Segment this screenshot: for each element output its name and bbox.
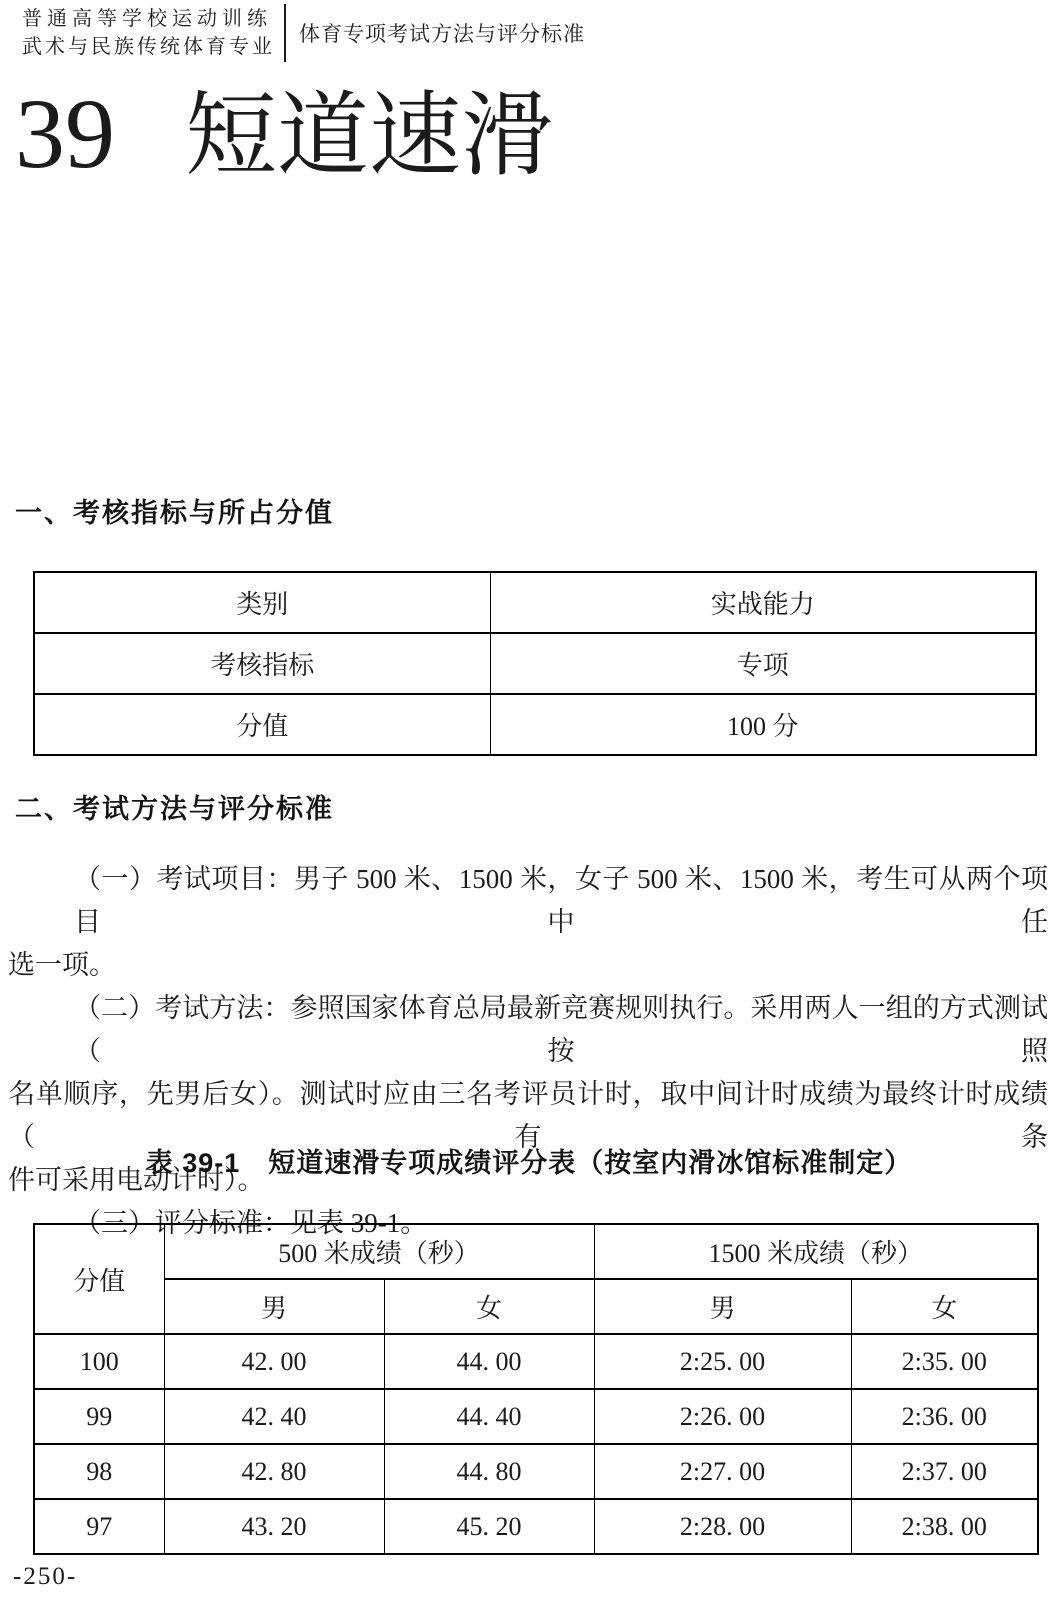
- method-paragraphs: （一）考试项目：男子 500 米、1500 米，女子 500 米、1500 米，…: [8, 858, 1048, 1245]
- scoring-table-row: 9942. 4044. 402:26. 002:36. 00: [34, 1389, 1038, 1444]
- indicator-table: 类别实战能力考核指标专项分值100 分: [33, 571, 1037, 756]
- table-caption: 表 39-1 短道速滑专项成绩评分表（按室内滑冰馆标准制定）: [0, 1141, 1058, 1180]
- time-value-cell: 2:36. 00: [851, 1389, 1038, 1444]
- scoring-table-row: 9842. 8044. 802:27. 002:37. 00: [34, 1444, 1038, 1499]
- chapter-name: 短道速滑: [185, 85, 553, 187]
- time-value-cell: 44. 00: [384, 1334, 594, 1389]
- indicator-label-cell: 类别: [34, 572, 490, 633]
- chapter-number: 39: [15, 78, 115, 189]
- score-value-cell: 98: [34, 1444, 164, 1499]
- time-value-cell: 42. 00: [164, 1334, 384, 1389]
- time-value-cell: 45. 20: [384, 1499, 594, 1554]
- scoring-gender-row: 男 女 男 女: [34, 1279, 1038, 1334]
- header-program-line2: 武术与民族传统体育专业: [22, 33, 275, 61]
- time-value-cell: 2:35. 00: [851, 1334, 1038, 1389]
- section2-heading: 二、考试方法与评分标准: [15, 787, 334, 826]
- paragraph-line: 选一项。: [8, 944, 1048, 987]
- indicator-table-row: 分值100 分: [34, 694, 1036, 755]
- time-value-cell: 2:38. 00: [851, 1499, 1038, 1554]
- scoring-table: 分值 500 米成绩（秒） 1500 米成绩（秒） 男 女 男 女 10042.…: [33, 1223, 1039, 1555]
- indicator-table-row: 类别实战能力: [34, 572, 1036, 633]
- scoring-table-head: 分值 500 米成绩（秒） 1500 米成绩（秒） 男 女 男 女: [34, 1224, 1038, 1334]
- indicator-label-cell: 分值: [34, 694, 490, 755]
- group-header-1500m: 1500 米成绩（秒）: [594, 1224, 1038, 1279]
- header-program-names: 普通高等学校运动训练 武术与民族传统体育专业: [22, 5, 275, 61]
- time-value-cell: 2:27. 00: [594, 1444, 851, 1499]
- score-column-header: 分值: [34, 1224, 164, 1334]
- score-value-cell: 97: [34, 1499, 164, 1554]
- indicator-table-row: 考核指标专项: [34, 633, 1036, 694]
- chapter-title: 39短道速滑: [15, 82, 553, 188]
- header-book-title: 体育专项考试方法与评分标准: [299, 18, 585, 48]
- page-header: 普通高等学校运动训练 武术与民族传统体育专业 体育专项考试方法与评分标准: [22, 4, 585, 62]
- score-value-cell: 100: [34, 1334, 164, 1389]
- time-value-cell: 42. 80: [164, 1444, 384, 1499]
- scoring-table-row: 9743. 2045. 202:28. 002:38. 00: [34, 1499, 1038, 1554]
- document-page: 普通高等学校运动训练 武术与民族传统体育专业 体育专项考试方法与评分标准 39短…: [0, 0, 1058, 1600]
- scoring-group-row: 分值 500 米成绩（秒） 1500 米成绩（秒）: [34, 1224, 1038, 1279]
- time-value-cell: 2:26. 00: [594, 1389, 851, 1444]
- paragraph-line: （一）考试项目：男子 500 米、1500 米，女子 500 米、1500 米，…: [8, 858, 1048, 944]
- time-value-cell: 2:25. 00: [594, 1334, 851, 1389]
- indicator-table-body: 类别实战能力考核指标专项分值100 分: [34, 572, 1036, 755]
- page-number: -250-: [13, 1563, 77, 1591]
- scoring-table-row: 10042. 0044. 002:25. 002:35. 00: [34, 1334, 1038, 1389]
- header-divider: [284, 4, 286, 62]
- time-value-cell: 2:28. 00: [594, 1499, 851, 1554]
- indicator-value-cell: 实战能力: [490, 572, 1036, 633]
- scoring-table-body: 10042. 0044. 002:25. 002:35. 009942. 404…: [34, 1334, 1038, 1554]
- time-value-cell: 2:37. 00: [851, 1444, 1038, 1499]
- gender-header-1500m-female: 女: [851, 1279, 1038, 1334]
- gender-header-500m-male: 男: [164, 1279, 384, 1334]
- group-header-500m: 500 米成绩（秒）: [164, 1224, 594, 1279]
- gender-header-500m-female: 女: [384, 1279, 594, 1334]
- section1-heading: 一、考核指标与所占分值: [15, 491, 334, 530]
- score-value-cell: 99: [34, 1389, 164, 1444]
- gender-header-1500m-male: 男: [594, 1279, 851, 1334]
- indicator-value-cell: 100 分: [490, 694, 1036, 755]
- paragraph-line: （二）考试方法：参照国家体育总局最新竞赛规则执行。采用两人一组的方式测试（按照: [8, 987, 1048, 1073]
- indicator-label-cell: 考核指标: [34, 633, 490, 694]
- indicator-value-cell: 专项: [490, 633, 1036, 694]
- time-value-cell: 42. 40: [164, 1389, 384, 1444]
- time-value-cell: 44. 40: [384, 1389, 594, 1444]
- time-value-cell: 44. 80: [384, 1444, 594, 1499]
- time-value-cell: 43. 20: [164, 1499, 384, 1554]
- header-program-line1: 普通高等学校运动训练: [22, 5, 275, 33]
